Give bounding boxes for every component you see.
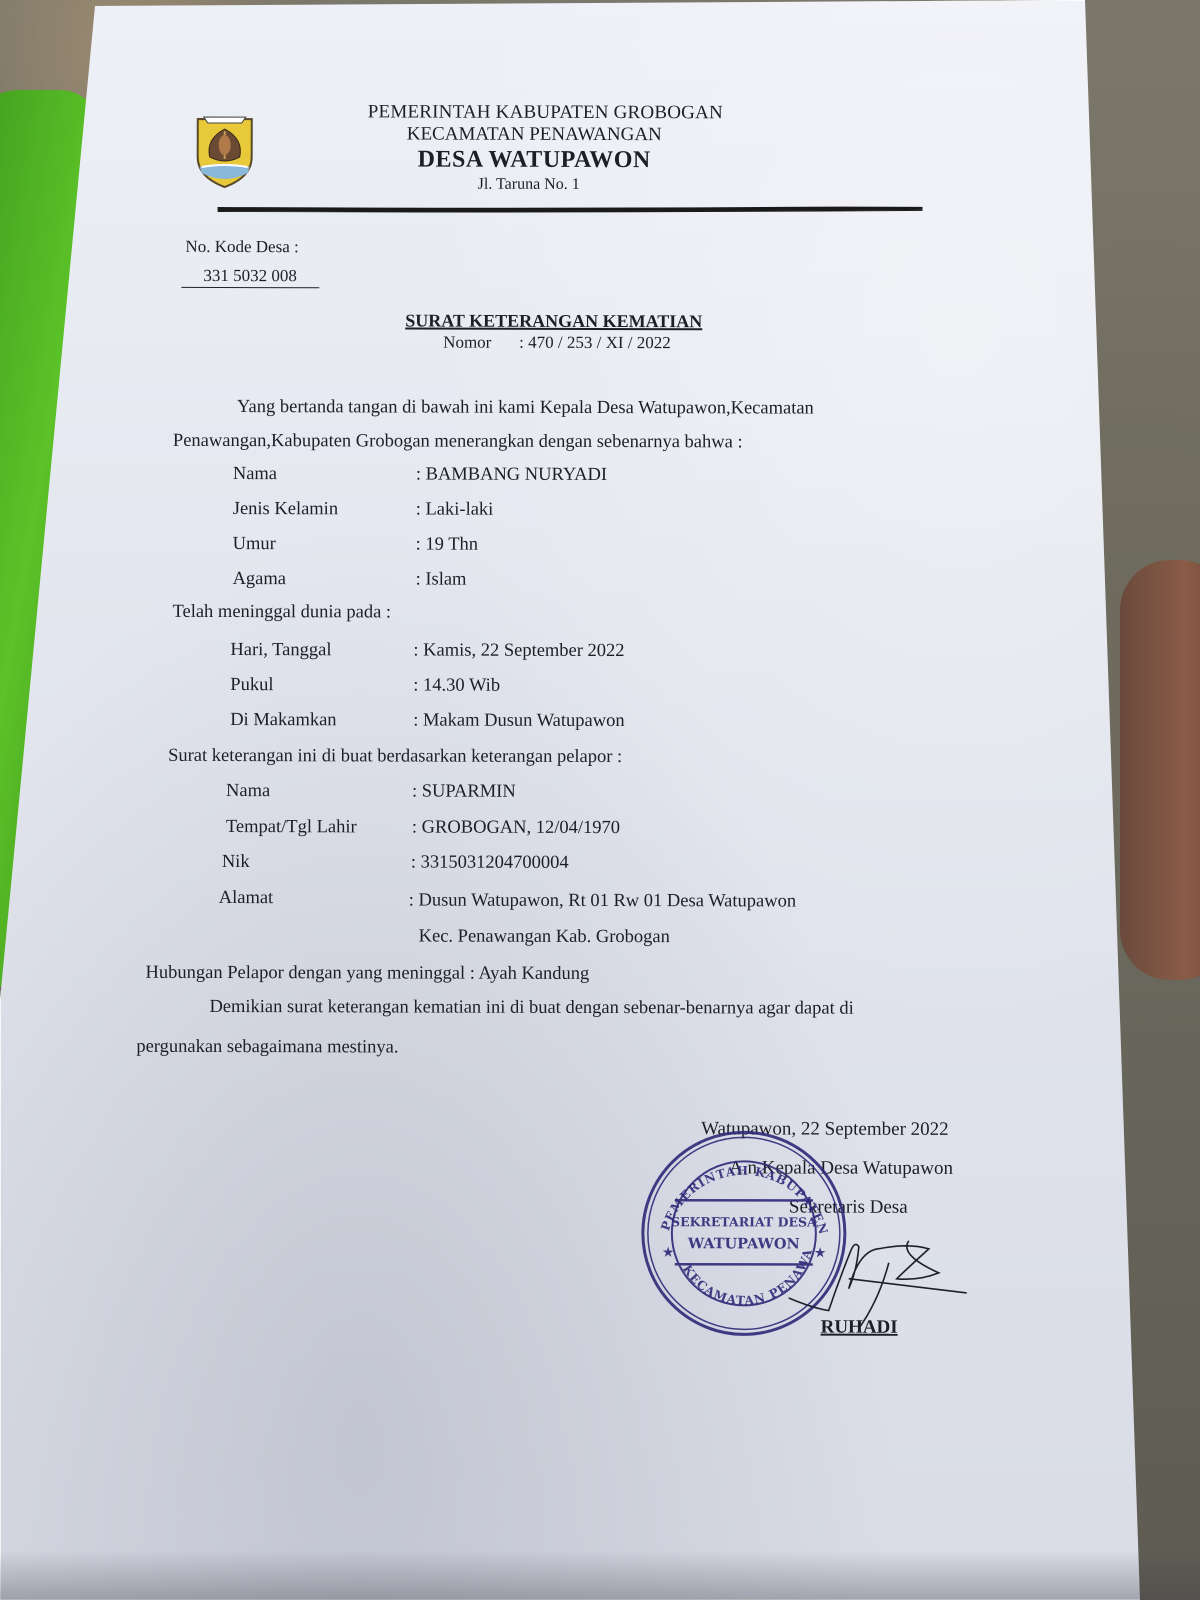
reporter-address-value: : Dusun Watupawon, Rt 01 Rw 01 Desa Watu… bbox=[409, 890, 796, 912]
deceased-name-value: : BAMBANG NURYADI bbox=[416, 465, 607, 487]
death-intro: Telah meninggal dunia pada : bbox=[172, 602, 391, 624]
reporter-address-label: Alamat bbox=[219, 888, 274, 909]
burial-place-value: : Makam Dusun Watupawon bbox=[413, 711, 624, 733]
svg-text:WATUPAWON: WATUPAWON bbox=[687, 1235, 800, 1252]
svg-text:★: ★ bbox=[663, 1245, 674, 1259]
reporter-intro: Surat keterangan ini di buat berdasarkan… bbox=[168, 746, 622, 768]
death-date-value: : Kamis, 22 September 2022 bbox=[413, 641, 624, 663]
deceased-religion-label: Agama bbox=[233, 569, 286, 590]
deceased-religion-value: : Islam bbox=[416, 570, 467, 591]
reporter-birth-label: Tempat/Tgl Lahir bbox=[226, 817, 357, 838]
burial-place-label: Di Makamkan bbox=[230, 710, 336, 731]
reporter-name-label: Nama bbox=[226, 781, 270, 802]
closing-line-1: Demikian surat keterangan kematian ini d… bbox=[209, 997, 853, 1020]
signatory-name: RUHADI bbox=[821, 1317, 898, 1339]
relationship-line: Hubungan Pelapor dengan yang meninggal :… bbox=[146, 963, 590, 985]
death-time-value: : 14.30 Wib bbox=[413, 676, 500, 697]
letterhead-divider bbox=[218, 205, 923, 214]
village-code-value: 331 5032 008 bbox=[181, 266, 319, 288]
death-time-label: Pukul bbox=[230, 675, 273, 696]
deceased-name-label: Nama bbox=[233, 464, 277, 485]
document-number-label: Nomor bbox=[443, 333, 491, 353]
letterhead-government: PEMERINTAH KABUPATEN GROBOGAN bbox=[368, 101, 723, 124]
village-code-label: No. Kode Desa : bbox=[185, 237, 298, 257]
reporter-name-value: : SUPARMIN bbox=[412, 782, 516, 803]
document-title: SURAT KETERANGAN KEMATIAN bbox=[405, 310, 702, 332]
letterhead-district: KECAMATAN PENAWANGAN bbox=[407, 123, 662, 146]
reporter-nik-label: Nik bbox=[222, 852, 250, 873]
document-number-value: : 470 / 253 / XI / 2022 bbox=[519, 333, 671, 353]
intro-line-1: Yang bertanda tangan di bawah ini kami K… bbox=[237, 397, 814, 420]
deceased-gender-label: Jenis Kelamin bbox=[233, 499, 338, 520]
closing-line-2: pergunakan sebagaimana mestinya. bbox=[136, 1037, 398, 1059]
deceased-age-value: : 19 Thn bbox=[416, 535, 478, 556]
handwritten-signature bbox=[789, 1220, 979, 1330]
deceased-age-label: Umur bbox=[233, 534, 276, 555]
reporter-address-line-2: Kec. Penawangan Kab. Grobogan bbox=[419, 927, 670, 949]
reporter-nik-value: : 3315031204700004 bbox=[411, 853, 569, 874]
intro-line-2: Penawangan,Kabupaten Grobogan menerangka… bbox=[173, 431, 743, 453]
letterhead-address: Jl. Taruna No. 1 bbox=[478, 176, 580, 194]
death-certificate-document: PEMERINTAH KABUPATEN GROBOGAN KECAMATAN … bbox=[0, 0, 1200, 1600]
death-date-label: Hari, Tanggal bbox=[230, 640, 331, 661]
deceased-gender-value: : Laki-laki bbox=[416, 500, 494, 521]
regency-coat-of-arms-icon bbox=[192, 111, 258, 189]
reporter-birth-value: : GROBOGAN, 12/04/1970 bbox=[412, 818, 620, 840]
letterhead-village: DESA WATUPAWON bbox=[418, 147, 651, 175]
bottom-shadow bbox=[0, 1550, 1200, 1600]
